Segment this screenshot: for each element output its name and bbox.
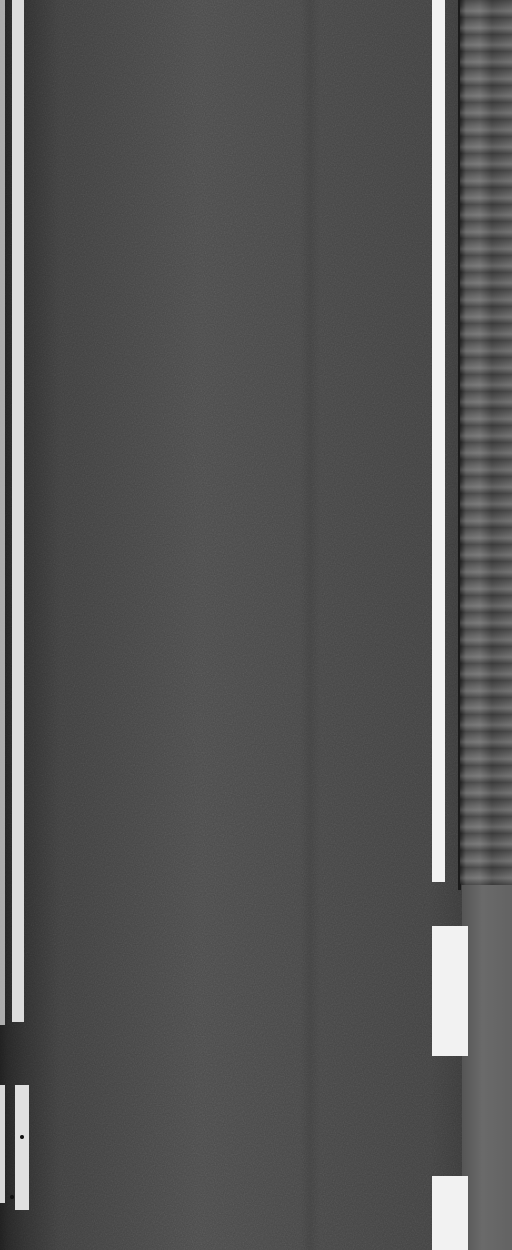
left-edge-dash: [15, 1085, 29, 1210]
paved-shoulder: [462, 885, 512, 1250]
right-lane-dash: [432, 1176, 468, 1250]
left-outer-dash: [0, 1085, 5, 1203]
pothole-speck: [20, 1135, 24, 1139]
right-lane-dash: [432, 926, 468, 1056]
road-scene: [0, 0, 512, 1250]
right-solid-lane-line: [432, 0, 445, 882]
gravel-verge: [460, 0, 512, 930]
pothole-speck: [10, 1195, 14, 1199]
left-outer-line: [0, 0, 5, 1025]
left-edge-line: [12, 0, 24, 1022]
